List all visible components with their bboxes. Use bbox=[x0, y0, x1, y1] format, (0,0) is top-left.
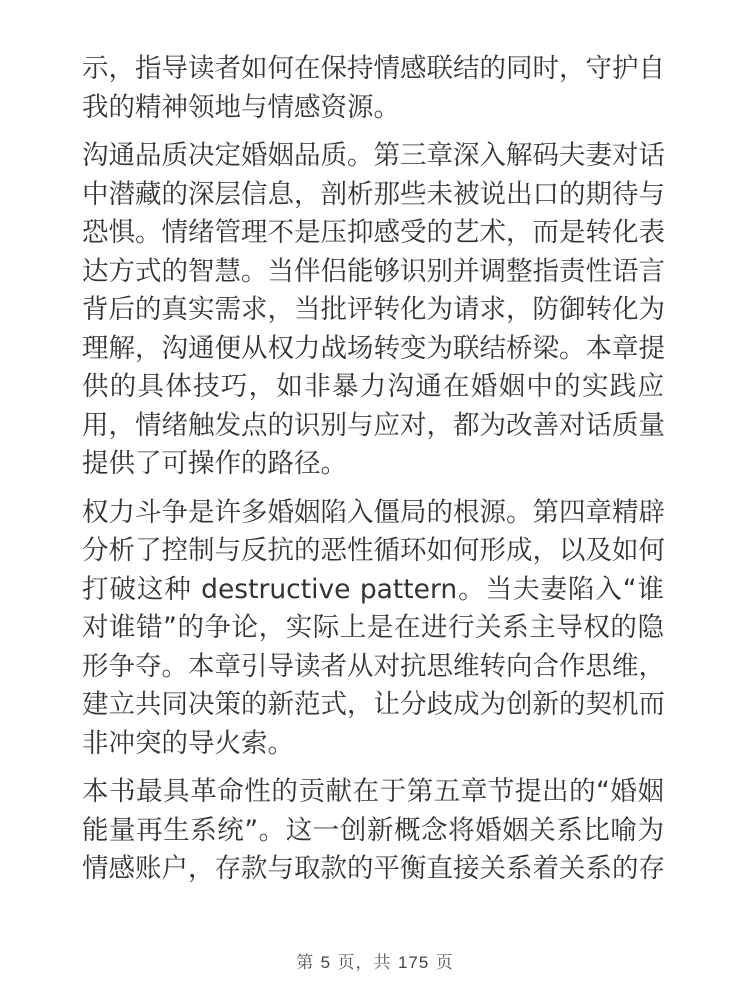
footer-suffix: 页 bbox=[436, 953, 454, 973]
text-line: 示，指导读者如何在保持情感联结的同时，守护自 bbox=[82, 50, 664, 89]
text-line: 本书最具革命性的贡献在于第五章节提出的“婚姻 bbox=[82, 773, 664, 812]
text-line: 建立共同决策的新范式，让分歧成为创新的契机而 bbox=[82, 686, 664, 725]
text-line: 提供了可操作的路径。 bbox=[82, 445, 664, 484]
text-line: 背后的真实需求，当批评转化为请求，防御转化为 bbox=[82, 291, 664, 330]
page-number-footer: 第 5 页，共 175 页 bbox=[0, 948, 750, 973]
text-line: 对谁错”的争论，实际上是在进行关系主导权的隐 bbox=[82, 609, 664, 648]
paragraph-4: 本书最具革命性的贡献在于第五章节提出的“婚姻 能量再生系统”。这一创新概念将婚姻… bbox=[82, 773, 664, 889]
text-line: 我的精神领地与情感资源。 bbox=[82, 89, 664, 128]
footer-prefix: 第 bbox=[296, 953, 314, 973]
paragraph-2: 沟通品质决定婚姻品质。第三章深入解码夫妻对话 中潜藏的深层信息，剖析那些未被说出… bbox=[82, 137, 664, 484]
text-line: 达方式的智慧。当伴侣能够识别并调整指责性语言 bbox=[82, 253, 664, 292]
text-line: 中潜藏的深层信息，剖析那些未被说出口的期待与 bbox=[82, 176, 664, 215]
text-line: 打破这种 destructive pattern。当夫妻陷入“谁 bbox=[82, 571, 664, 610]
text-line: 恐惧。情绪管理不是压抑感受的艺术，而是转化表 bbox=[82, 214, 664, 253]
text-line: 能量再生系统”。这一创新概念将婚姻关系比喻为 bbox=[82, 812, 664, 851]
page-body: 示，指导读者如何在保持情感联结的同时，守护自 我的精神领地与情感资源。 沟通品质… bbox=[82, 50, 664, 899]
text-line: 权力斗争是许多婚姻陷入僵局的根源。第四章精辟 bbox=[82, 494, 664, 533]
text-line: 非冲突的导火索。 bbox=[82, 725, 664, 764]
total-page-count: 175 bbox=[398, 953, 429, 972]
current-page-number: 5 bbox=[321, 953, 331, 972]
text-line: 形争夺。本章引导读者从对抗思维转向合作思维， bbox=[82, 648, 664, 687]
paragraph-1: 示，指导读者如何在保持情感联结的同时，守护自 我的精神领地与情感资源。 bbox=[82, 50, 664, 127]
text-line: 供的具体技巧，如非暴力沟通在婚姻中的实践应 bbox=[82, 368, 664, 407]
text-line: 沟通品质决定婚姻品质。第三章深入解码夫妻对话 bbox=[82, 137, 664, 176]
text-line: 分析了控制与反抗的恶性循环如何形成，以及如何 bbox=[82, 532, 664, 571]
document-page: 示，指导读者如何在保持情感联结的同时，守护自 我的精神领地与情感资源。 沟通品质… bbox=[0, 0, 750, 1000]
footer-middle: 页，共 bbox=[338, 953, 392, 973]
text-line: 情感账户，存款与取款的平衡直接关系着关系的存 bbox=[82, 850, 664, 889]
text-line: 用，情绪触发点的识别与应对，都为改善对话质量 bbox=[82, 407, 664, 446]
text-line: 理解，沟通便从权力战场转变为联结桥梁。本章提 bbox=[82, 330, 664, 369]
paragraph-3: 权力斗争是许多婚姻陷入僵局的根源。第四章精辟 分析了控制与反抗的恶性循环如何形成… bbox=[82, 494, 664, 764]
